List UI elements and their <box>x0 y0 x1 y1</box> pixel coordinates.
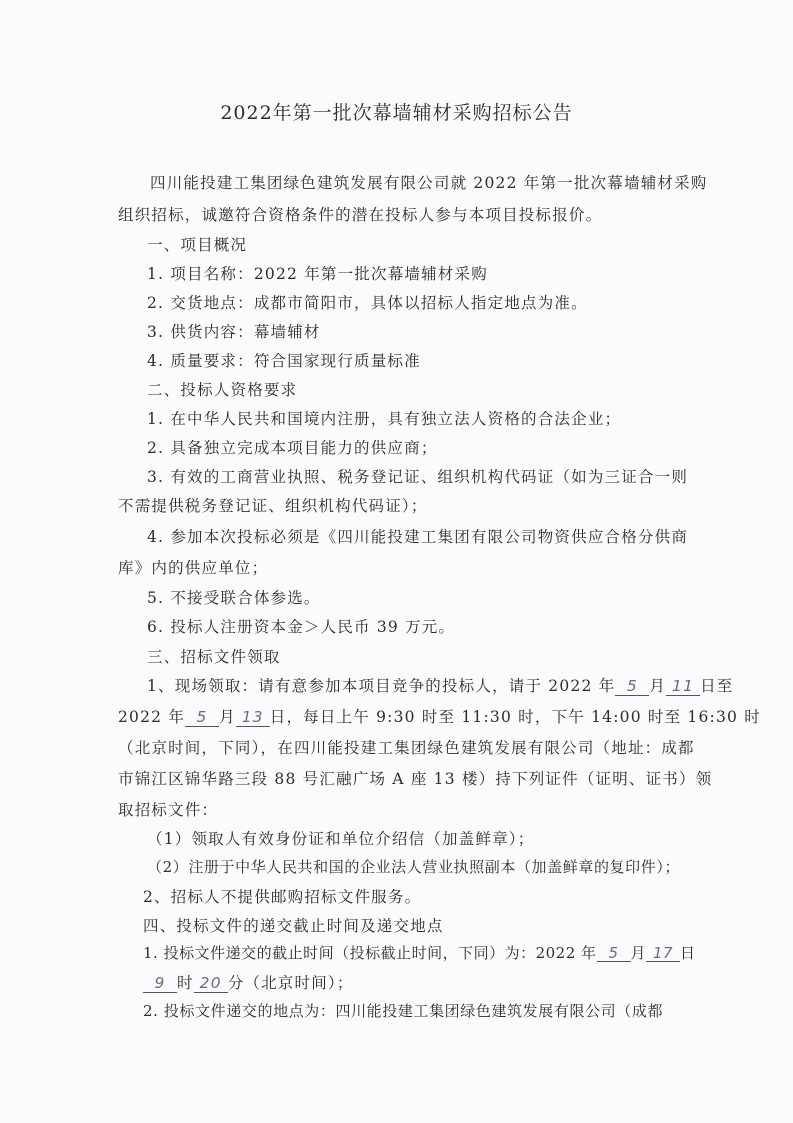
text: 日 <box>680 944 696 962</box>
page-title: 2022年第一批次幕墙辅材采购招标公告 <box>0 98 793 125</box>
section4-heading: 四、投标文件的递交截止时间及递交地点 <box>143 914 444 936</box>
section3-item-2: 2、招标人不提供邮购招标文件服务。 <box>143 885 421 907</box>
handwritten-month: 5 <box>597 946 631 962</box>
text: 2022 年 <box>118 708 185 726</box>
text: 1. 投标文件递交的截止时间（投标截止时间，下同）为：2022 年 <box>143 944 597 962</box>
section3-sub-2: （2）注册于中华人民共和国的企业法人营业执照副本（加盖鲜章的复印件）； <box>147 856 680 877</box>
section3-para-line-5: 取招标文件： <box>118 798 218 820</box>
section2-item-1: 1. 在中华人民共和国境内注册，具有独立法人资格的合法企业； <box>147 407 621 429</box>
section3-sub-1: （1）领取人有效身份证和单位介绍信（加盖鲜章）； <box>147 827 534 849</box>
handwritten-day: 17 <box>646 946 680 962</box>
text: 月 <box>649 677 666 695</box>
section3-heading: 三、招标文件领取 <box>147 645 281 667</box>
intro-line-1: 四川能投建工集团绿色建筑发展有限公司就 2022 年第一批次幕墙辅材采购 <box>150 171 708 193</box>
section2-item-2: 2. 具备独立完成本项目能力的供应商； <box>147 436 438 458</box>
section4-item-1: 1. 投标文件递交的截止时间（投标截止时间，下同）为：2022 年5月17日 <box>143 942 696 963</box>
section3-para-line-4: 市锦江区锦华路三段 88 号汇融广场 A 座 13 楼）持下列证件（证明、证书）… <box>118 767 712 789</box>
section3-para-line-2: 2022 年5月13日，每日上午 9:30 时至 11:30 时，下午 14:0… <box>118 705 761 727</box>
section1-item-1: 1. 项目名称：2022 年第一批次幕墙辅材采购 <box>147 262 488 284</box>
section2-heading: 二、投标人资格要求 <box>147 378 297 400</box>
section4-item-1-cont: 9时20分（北京时间）； <box>143 971 354 993</box>
handwritten-hour: 9 <box>143 976 177 993</box>
section1-heading: 一、项目概况 <box>147 233 247 255</box>
section2-item-4-cont: 库》内的供应单位； <box>118 556 268 578</box>
section2-item-5: 5. 不接受联合体参选。 <box>147 586 321 608</box>
text: 时 <box>177 974 194 992</box>
section3-para-line-3: （北京时间，下同），在四川能投建工集团绿色建筑发展有限公司（地址：成都 <box>118 736 695 758</box>
intro-line-2: 组织招标，诚邀符合资格条件的潜在投标人参与本项目投标报价。 <box>118 203 602 225</box>
text: 月 <box>631 944 647 962</box>
section2-item-4: 4. 参加本次投标必须是《四川能投建工集团有限公司物资供应合格分供商 <box>147 525 688 547</box>
text: 月 <box>219 708 236 726</box>
handwritten-month: 5 <box>185 710 219 727</box>
handwritten-day: 13 <box>236 710 270 727</box>
section2-item-3-cont: 不需提供税务登记证、组织机构代码证）； <box>118 494 428 516</box>
section1-item-2: 2. 交货地点：成都市简阳市，具体以招标人指定地点为准。 <box>147 291 588 313</box>
text: 分（北京时间）； <box>228 974 354 992</box>
section3-para-line-1: 1、现场领取：请有意参加本项目竞争的投标人，请于 2022 年5月11日至 <box>147 674 733 696</box>
document-page: 2022年第一批次幕墙辅材采购招标公告 四川能投建工集团绿色建筑发展有限公司就 … <box>0 0 793 1123</box>
handwritten-day: 11 <box>666 679 700 696</box>
handwritten-minute: 20 <box>194 976 228 993</box>
section1-item-4: 4. 质量要求：符合国家现行质量标准 <box>147 349 421 371</box>
section1-item-3: 3. 供货内容：幕墙辅材 <box>147 320 321 342</box>
text: 1、现场领取：请有意参加本项目竞争的投标人，请于 2022 年 <box>147 677 615 695</box>
text: 日至 <box>700 677 733 695</box>
text: 日，每日上午 9:30 时至 11:30 时，下午 14:00 时至 16:30… <box>270 708 761 726</box>
handwritten-month: 5 <box>615 679 649 696</box>
section4-item-2: 2. 投标文件递交的地点为：四川能投建工集团绿色建筑发展有限公司（成都 <box>143 1000 663 1021</box>
section2-item-3: 3. 有效的工商营业执照、税务登记证、组织机构代码证（如为三证合一则 <box>147 465 688 487</box>
section2-item-6: 6. 投标人注册资本金＞人民币 39 万元。 <box>147 615 455 637</box>
